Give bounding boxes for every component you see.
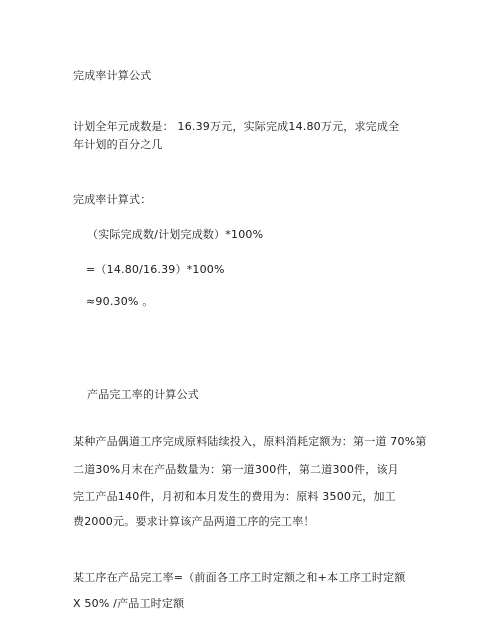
formula-line: （实际完成数/计划完成数）*100%: [87, 228, 263, 242]
problem-text-line: 费2000元。要求计算该产品两道工序的完工率！: [73, 515, 315, 529]
problem-text-line: 年计划的百分之几: [73, 138, 163, 152]
problem-text-line: 二道30%月末在产品数量为：第一道300件，第二道300件，该月: [73, 463, 399, 477]
problem-text-line: 计划全年元成数是： 16.39万元，实际完成14.80万元，求完成全: [73, 120, 399, 134]
problem-text-line: 某种产品偶道工序完成原料陆续投入，原料消耗定额为：第一道 70%第: [73, 435, 427, 449]
formula-label: 完成率计算式：: [73, 193, 151, 207]
section-title-product-completion: 产品完工率的计算公式: [87, 388, 199, 402]
formula-result: ≈90.30% 。: [86, 295, 153, 309]
section-title-completion-rate: 完成率计算公式: [73, 69, 151, 83]
formula-line: =（14.80/16.39）*100%: [86, 263, 225, 277]
formula-line: 某工序在产品完工率=（前面各工序工时定额之和+本工序工时定额: [73, 571, 405, 585]
formula-line: X 50% /产品工时定额: [73, 597, 184, 611]
problem-text-line: 完工产品140件，月初和本月发生的费用为：原料 3500元，加工: [73, 490, 396, 504]
